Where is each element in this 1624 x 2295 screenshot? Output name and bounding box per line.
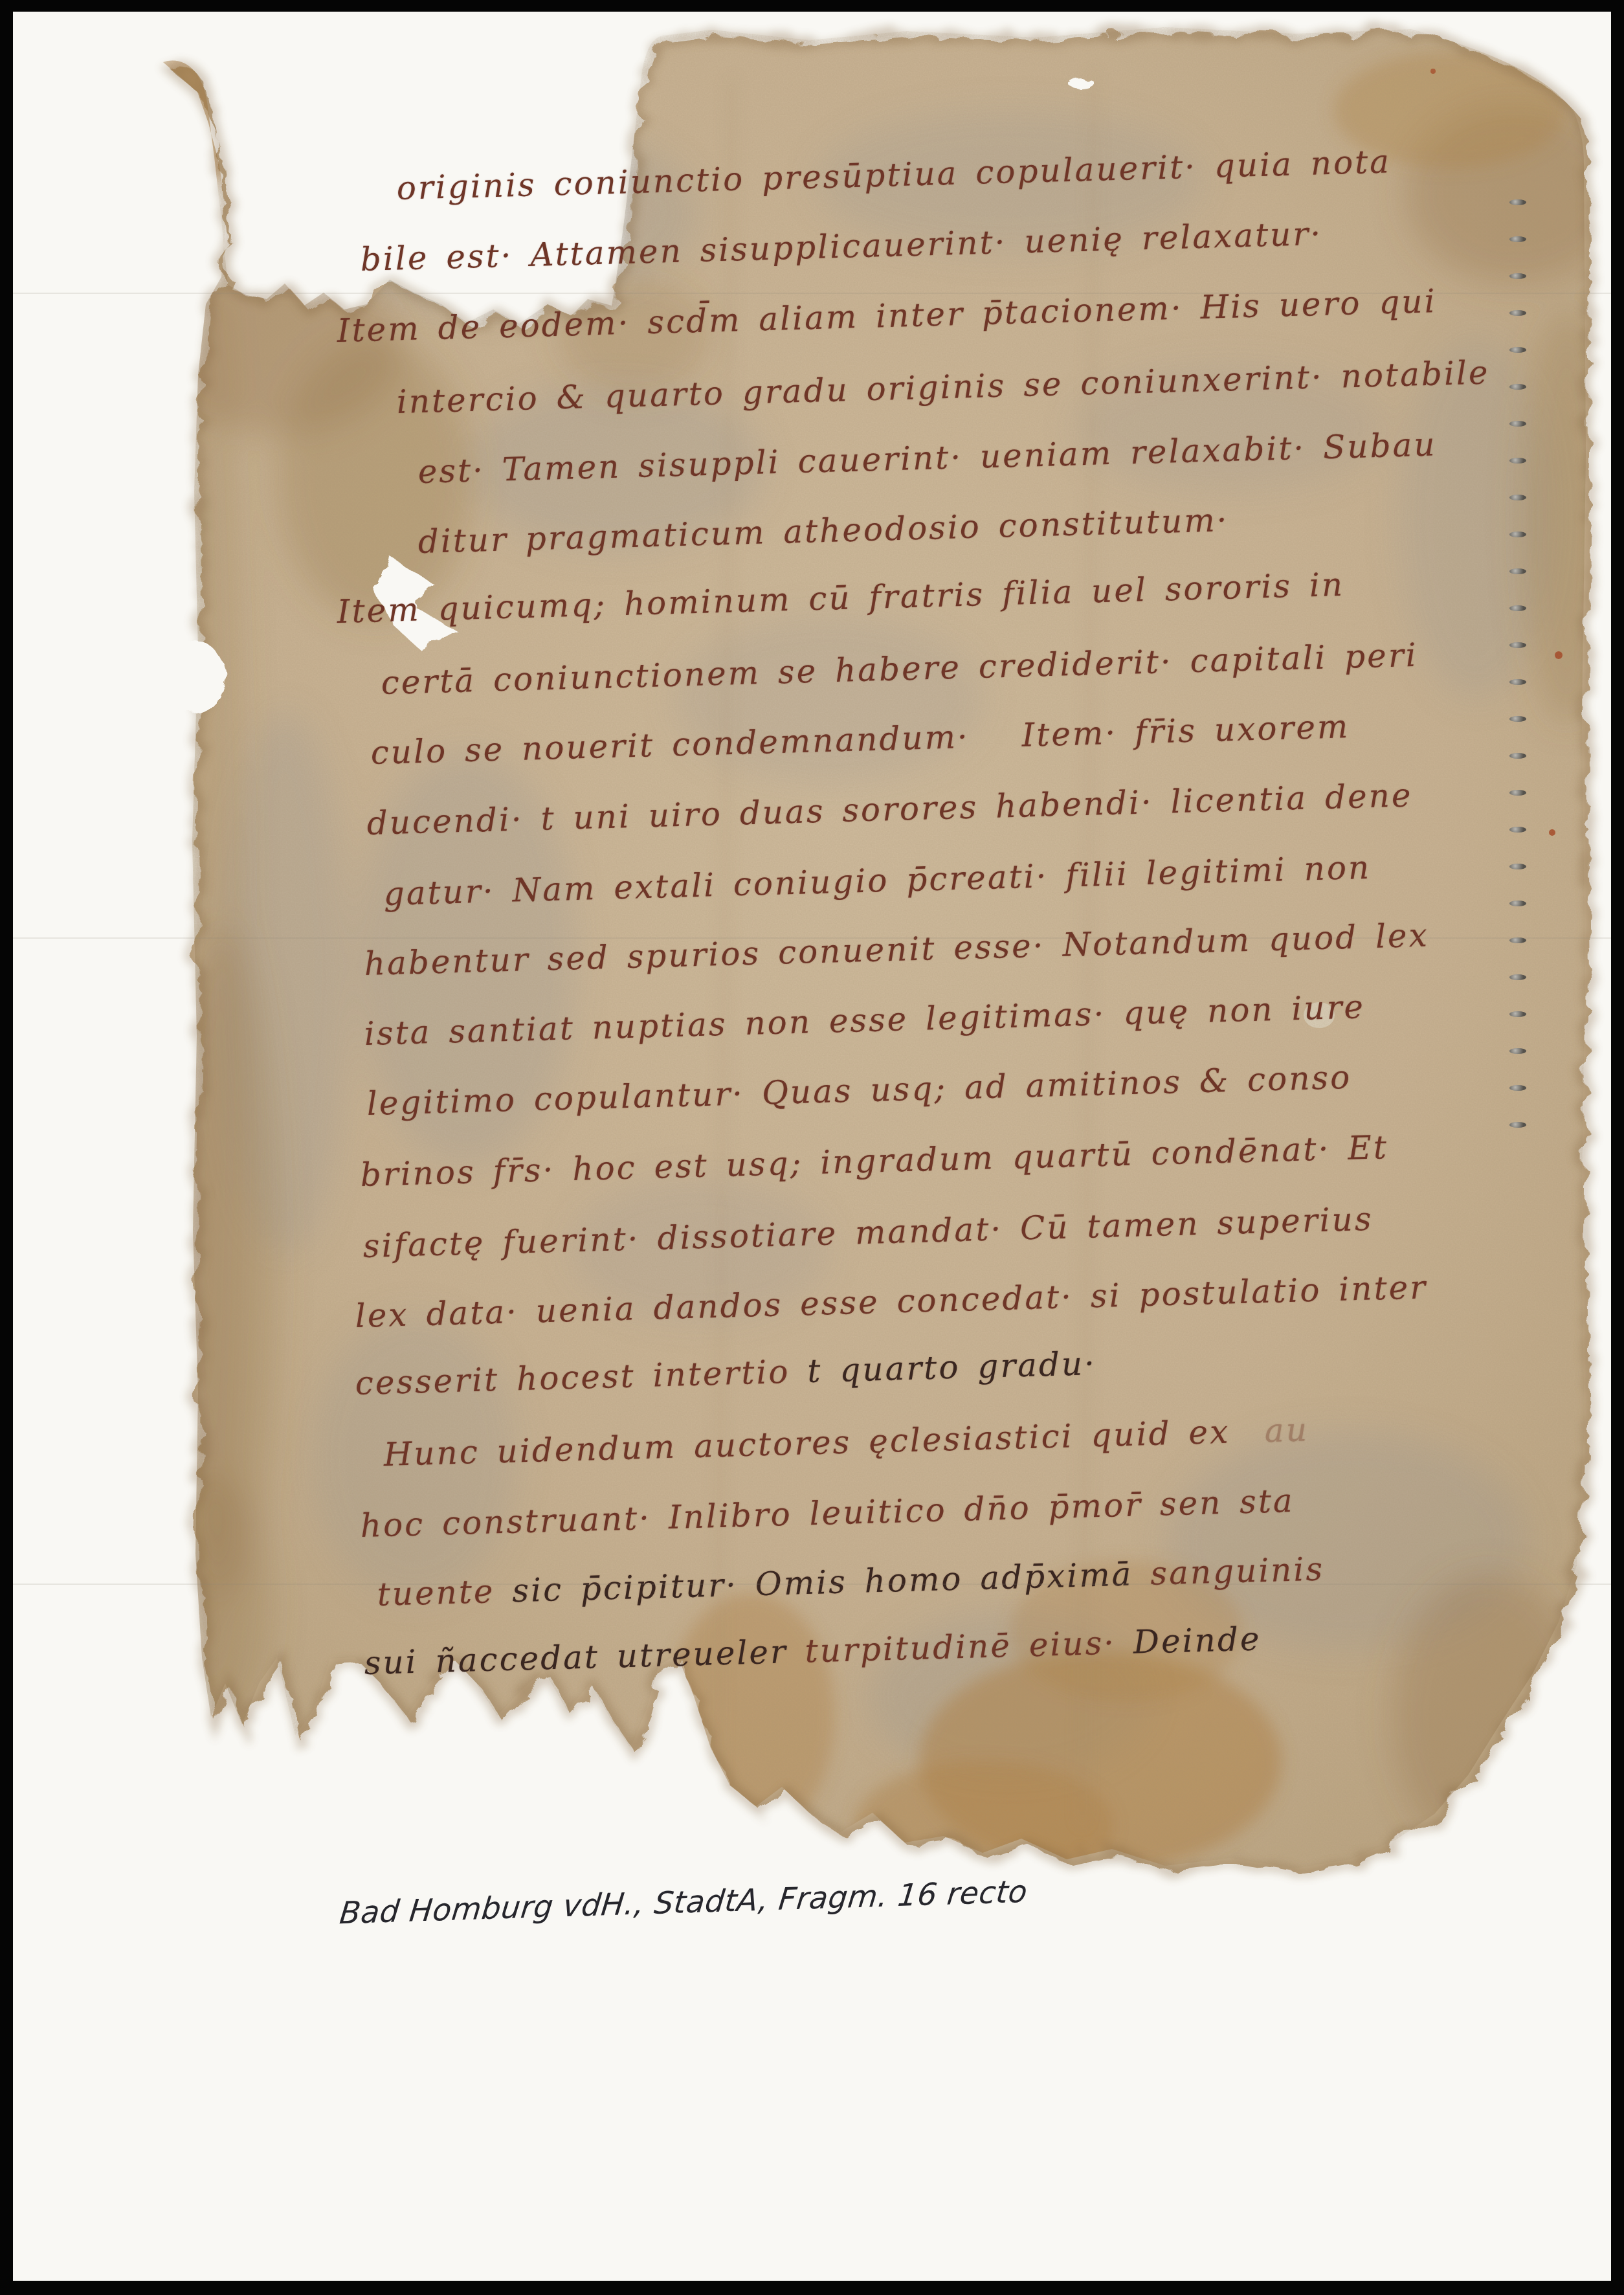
prick-mark — [1509, 347, 1526, 353]
prick-mark — [1509, 458, 1526, 464]
manuscript-text-segment: intercio & quarto gradu originis se coni… — [396, 353, 1490, 421]
manuscript-text-segment: turpitudinē eius· — [805, 1624, 1134, 1670]
prick-mark — [1509, 679, 1526, 685]
manuscript-line: sui ñaccedat utreueler turpitudinē eius·… — [364, 1620, 1262, 1682]
manuscript-line: ditur pragmaticum atheodosio constitutum… — [417, 501, 1229, 561]
manuscript-text-segment: sic p̄cipitur· Omis homo adp̄ximā — [512, 1555, 1151, 1610]
prick-mark — [1509, 273, 1526, 279]
prick-mark — [1509, 568, 1526, 574]
manuscript-text-segment: hoc construant· Inlibro leuitico dn̄o p̄… — [360, 1482, 1295, 1545]
manuscript-line: gatur· Nam extali coniugio p̄creati· fil… — [383, 849, 1372, 913]
manuscript-text-segment: brinos fr̄s· hoc est usq; ingradum quart… — [360, 1128, 1389, 1194]
prick-mark — [1509, 199, 1526, 205]
manuscript-line: certā coniunctionem se habere crediderit… — [381, 636, 1418, 702]
manuscript-text-segment: t quarto gradu· — [807, 1345, 1097, 1390]
manuscript-text-segment: Deinde — [1133, 1620, 1262, 1661]
manuscript-text-segment: legitimo copulantur· Quas usq; ad amitin… — [366, 1058, 1352, 1123]
manuscript-line: intercio & quarto gradu originis se coni… — [396, 353, 1490, 421]
manuscript-line: originis coniunctio presūptiua copulauer… — [396, 142, 1392, 207]
prick-mark — [1509, 1122, 1526, 1128]
prick-mark — [1509, 827, 1526, 833]
manuscript-text-segment: au — [1229, 1411, 1309, 1450]
prick-mark — [1509, 753, 1526, 759]
prick-mark — [1509, 605, 1526, 611]
manuscript-line: Item quicumq; hominum cū fratris filia u… — [337, 566, 1345, 631]
manuscript-text-segment: tuente — [377, 1572, 513, 1613]
manuscript-line: Hunc uidendum auctores ęclesiastici quid… — [383, 1411, 1309, 1473]
prick-mark — [1509, 716, 1526, 722]
manuscript-text-segment: sifactę fuerint· dissotiare mandat· Cū t… — [362, 1200, 1374, 1265]
manuscript-line: habentur sed spurios conuenit esse· Nota… — [364, 916, 1429, 982]
manuscript-text-segment: Hunc uidendum auctores ęclesiastici quid… — [383, 1413, 1230, 1473]
manuscript-line: legitimo copulantur· Quas usq; ad amitin… — [366, 1058, 1352, 1123]
manuscript-text-segment: est· Tamen sisuppli cauerint· ueniam rel… — [417, 425, 1437, 491]
manuscript-line: bile est· Attamen sisupplicauerint· ueni… — [360, 215, 1323, 278]
prick-mark — [1509, 790, 1526, 796]
manuscript-text-segment: culo se nouerit condemnandum· Item· fr̄i… — [370, 708, 1350, 772]
scanner-streak — [13, 1584, 1611, 1585]
manuscript-text-segment: bile est· Attamen sisupplicauerint· ueni… — [360, 215, 1323, 278]
manuscript-text-segment: certā coniunctionem se habere crediderit… — [381, 636, 1418, 702]
manuscript-line: tuente sic p̄cipitur· Omis homo adp̄ximā… — [377, 1550, 1325, 1613]
manuscript-line: sifactę fuerint· dissotiare mandat· Cū t… — [362, 1200, 1374, 1265]
manuscript-line: culo se nouerit condemnandum· Item· fr̄i… — [370, 708, 1350, 772]
manuscript-text-segment: sui ñaccedat utreueler — [364, 1633, 805, 1682]
prick-mark — [1509, 236, 1526, 242]
prick-mark — [1509, 642, 1526, 648]
prick-mark — [1509, 1085, 1526, 1091]
prick-mark — [1509, 384, 1526, 390]
manuscript-line: est· Tamen sisuppli cauerint· ueniam rel… — [417, 425, 1437, 491]
manuscript-text-segment: Item quicumq; hominum cū fratris filia u… — [337, 566, 1345, 631]
manuscript-text-segment: sanguinis — [1150, 1550, 1325, 1592]
prick-mark — [1509, 1048, 1526, 1054]
manuscript-line: hoc construant· Inlibro leuitico dn̄o p̄… — [360, 1482, 1295, 1545]
manuscript-line: cesserit hocest intertio t quarto gradu· — [355, 1345, 1097, 1402]
manuscript-text-segment: habentur sed spurios conuenit esse· Nota… — [364, 916, 1429, 982]
scanner-streak — [13, 937, 1611, 939]
prick-mark — [1509, 421, 1526, 427]
manuscript-text-segment: ditur pragmaticum atheodosio constitutum… — [417, 501, 1229, 561]
scanner-streak — [13, 293, 1611, 294]
prick-mark — [1509, 495, 1526, 500]
manuscript-text-segment: originis coniunctio presūptiua copulauer… — [396, 142, 1392, 207]
manuscript-text-segment: ista santiat nuptias non esse legitimas·… — [364, 988, 1366, 1053]
scan-page: originis coniunctio presūptiua copulauer… — [0, 0, 1624, 2295]
manuscript-text-block: originis coniunctio presūptiua copulauer… — [0, 0, 1624, 2295]
manuscript-text-segment: lex data· uenia dandos esse concedat· si… — [355, 1268, 1428, 1335]
prick-mark — [1509, 310, 1526, 316]
manuscript-text-segment: gatur· Nam extali coniugio p̄creati· fil… — [383, 849, 1372, 913]
manuscript-line: brinos fr̄s· hoc est usq; ingradum quart… — [360, 1128, 1389, 1194]
manuscript-line: ducendi· t uni uiro duas sorores habendi… — [366, 776, 1413, 842]
prick-mark — [1509, 974, 1526, 980]
prick-mark — [1509, 901, 1526, 906]
prick-mark — [1509, 1011, 1526, 1017]
prick-mark — [1509, 864, 1526, 869]
manuscript-text-segment: ducendi· t uni uiro duas sorores habendi… — [366, 776, 1413, 842]
manuscript-line: lex data· uenia dandos esse concedat· si… — [355, 1268, 1428, 1335]
prick-mark — [1509, 532, 1526, 537]
manuscript-text-segment: cesserit hocest intertio — [355, 1352, 808, 1402]
manuscript-line: ista santiat nuptias non esse legitimas·… — [364, 988, 1366, 1053]
